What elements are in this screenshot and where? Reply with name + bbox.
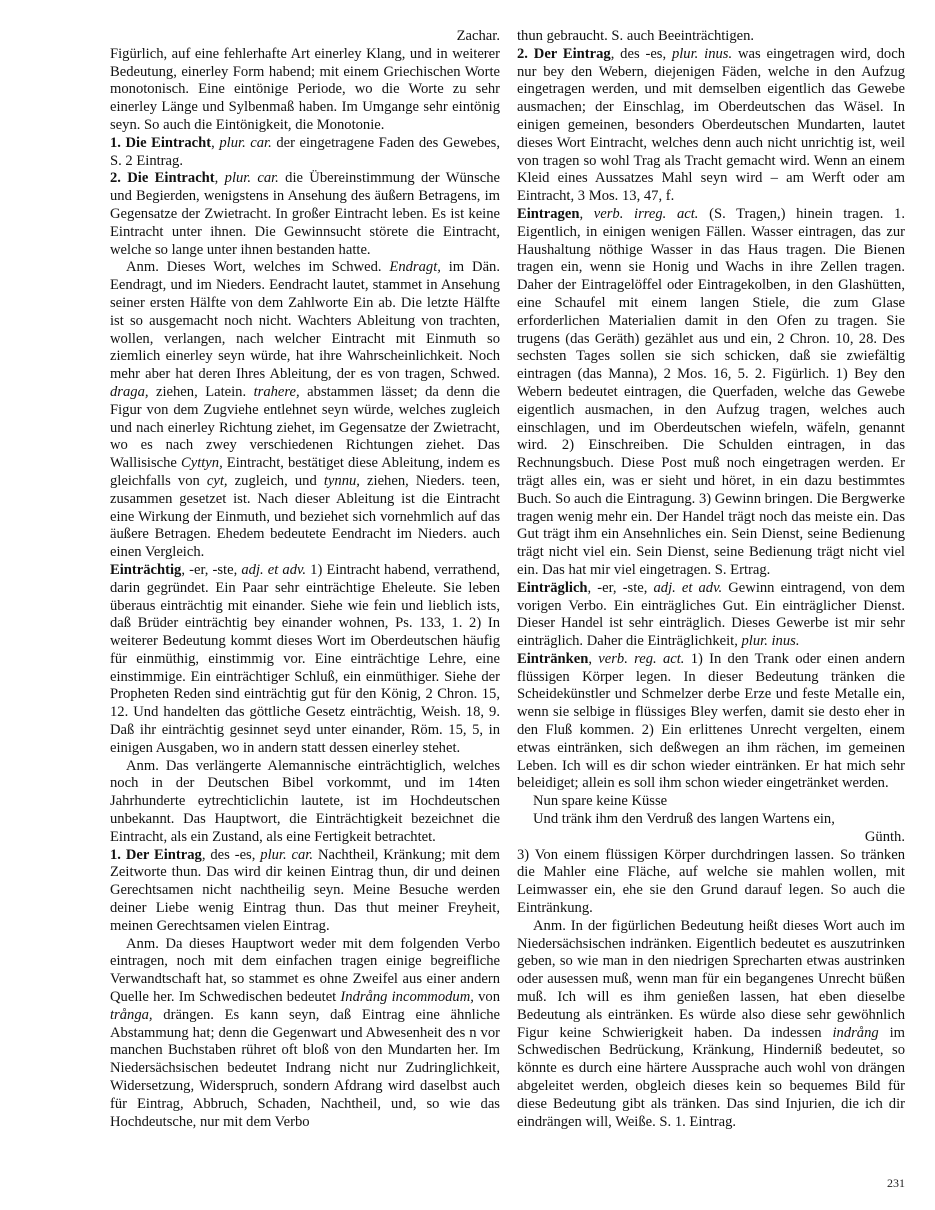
foreign-term: Indrång incommodum, xyxy=(340,989,474,1005)
grammar-label: plur. car. xyxy=(260,847,313,863)
source-attribution: Zachar. xyxy=(110,28,500,46)
grammar-label: plur. car. xyxy=(219,135,271,151)
inflection: , des -es, xyxy=(202,847,260,863)
inflection: , xyxy=(588,651,598,667)
definition: 1) Eintracht habend, verrathend, darin g… xyxy=(110,562,500,756)
annotation-text: Anm. Dieses Wort, welches im Schwed. xyxy=(126,259,389,275)
grammar-label: adj. et adv. xyxy=(241,562,306,578)
headword: 1. Der Eintrag xyxy=(110,847,202,863)
annotation-eintrag: Anm. Da dieses Hauptwort weder mit dem f… xyxy=(110,936,500,1132)
entry-die-eintracht-2: 2. Die Eintracht, plur. car. die Überein… xyxy=(110,170,500,259)
entry-die-eintracht-1: 1. Die Eintracht, plur. car. der eingetr… xyxy=(110,135,500,171)
entry-eintragen: Eintragen, verb. irreg. act. (S. Tragen,… xyxy=(517,206,905,580)
annotation-text: zugleich, und xyxy=(228,473,324,489)
annotation-text: von xyxy=(474,989,500,1005)
left-column: Zachar. Figürlich, auf eine fehlerhafte … xyxy=(110,28,500,1131)
entry-eintraenken: Eintränken, verb. reg. act. 1) In den Tr… xyxy=(517,651,905,793)
foreign-term: trahere, xyxy=(254,384,300,400)
grammar-label: adj. et adv. xyxy=(653,580,722,596)
grammar-label: plur. car. xyxy=(225,170,279,186)
definition: was eingetragen wird, doch nur bey den W… xyxy=(517,46,905,204)
definition: 1) In den Trank oder einen andern flüssi… xyxy=(517,651,905,792)
annotation-text: Anm. In der figürlichen Bedeutung heißt … xyxy=(517,918,905,1041)
annotation-eintraechtig: Anm. Das verlängerte Alemannische einträ… xyxy=(110,758,500,847)
entry-continuation: thun gebraucht. S. auch Beeinträchtigen. xyxy=(517,28,905,46)
dictionary-page: Zachar. Figürlich, auf eine fehlerhafte … xyxy=(0,0,935,1210)
headword: Einträglich xyxy=(517,580,588,596)
entry-der-eintrag-1: 1. Der Eintrag, des -es, plur. car. Nach… xyxy=(110,847,500,936)
grammar-label: plur. inus. xyxy=(672,46,732,62)
annotation-eintracht: Anm. Dieses Wort, welches im Schwed. End… xyxy=(110,259,500,562)
grammar-label: verb. irreg. act. xyxy=(594,206,699,222)
annotation-eintraenken: Anm. In der figürlichen Bedeutung heißt … xyxy=(517,918,905,1132)
headword: Einträchtig xyxy=(110,562,181,578)
foreign-term: Endragt, xyxy=(389,259,440,275)
inflection: , des -es, xyxy=(611,46,672,62)
foreign-term: Cyttyn, xyxy=(181,455,223,471)
headword: Eintränken xyxy=(517,651,588,667)
entry-eintraechtig: Einträchtig, -er, -ste, adj. et adv. 1) … xyxy=(110,562,500,758)
foreign-term: tynnu, xyxy=(324,473,360,489)
inflection: , -er, -ste, xyxy=(181,562,241,578)
annotation-text: drängen. Es kann seyn, daß Eintrag eine … xyxy=(110,1007,500,1130)
entry-eintraenken-sense-3: 3) Von einem flüssigen Körper durchdring… xyxy=(517,847,905,918)
page-number: 231 xyxy=(887,1175,905,1193)
grammar-label: verb. reg. act. xyxy=(598,651,684,667)
entry-eintraeglich: Einträglich, -er, -ste, adj. et adv. Gew… xyxy=(517,580,905,651)
annotation-text: ziehen, Latein. xyxy=(149,384,254,400)
inflection: , -er, -ste, xyxy=(588,580,654,596)
right-column: thun gebraucht. S. auch Beeinträchtigen.… xyxy=(517,28,905,1131)
headword: 2. Der Eintrag xyxy=(517,46,611,62)
foreign-term: trånga, xyxy=(110,1007,153,1023)
annotation-text: im Dän. Eendragt, und im Nieders. Eendra… xyxy=(110,259,500,382)
headword: 1. Die Eintracht xyxy=(110,135,211,151)
headword: 2. Die Eintracht xyxy=(110,170,215,186)
verse-line: Und tränk ihm den Verdruß des langen War… xyxy=(517,811,905,829)
headword: Eintragen xyxy=(517,206,579,222)
foreign-term: indrång xyxy=(832,1025,878,1041)
grammar-label: plur. inus. xyxy=(742,633,800,649)
verse-attribution: Günth. xyxy=(517,829,905,847)
definition: (S. Tragen,) hinein tragen. 1. Eigentlic… xyxy=(517,206,905,578)
foreign-term: draga, xyxy=(110,384,149,400)
foreign-term: cyt, xyxy=(207,473,228,489)
entry-continuation: Figürlich, auf eine fehlerhafte Art eine… xyxy=(110,46,500,135)
inflection: , xyxy=(579,206,593,222)
verse-line: Nun spare keine Küsse xyxy=(517,793,905,811)
entry-der-eintrag-2: 2. Der Eintrag, des -es, plur. inus. was… xyxy=(517,46,905,206)
